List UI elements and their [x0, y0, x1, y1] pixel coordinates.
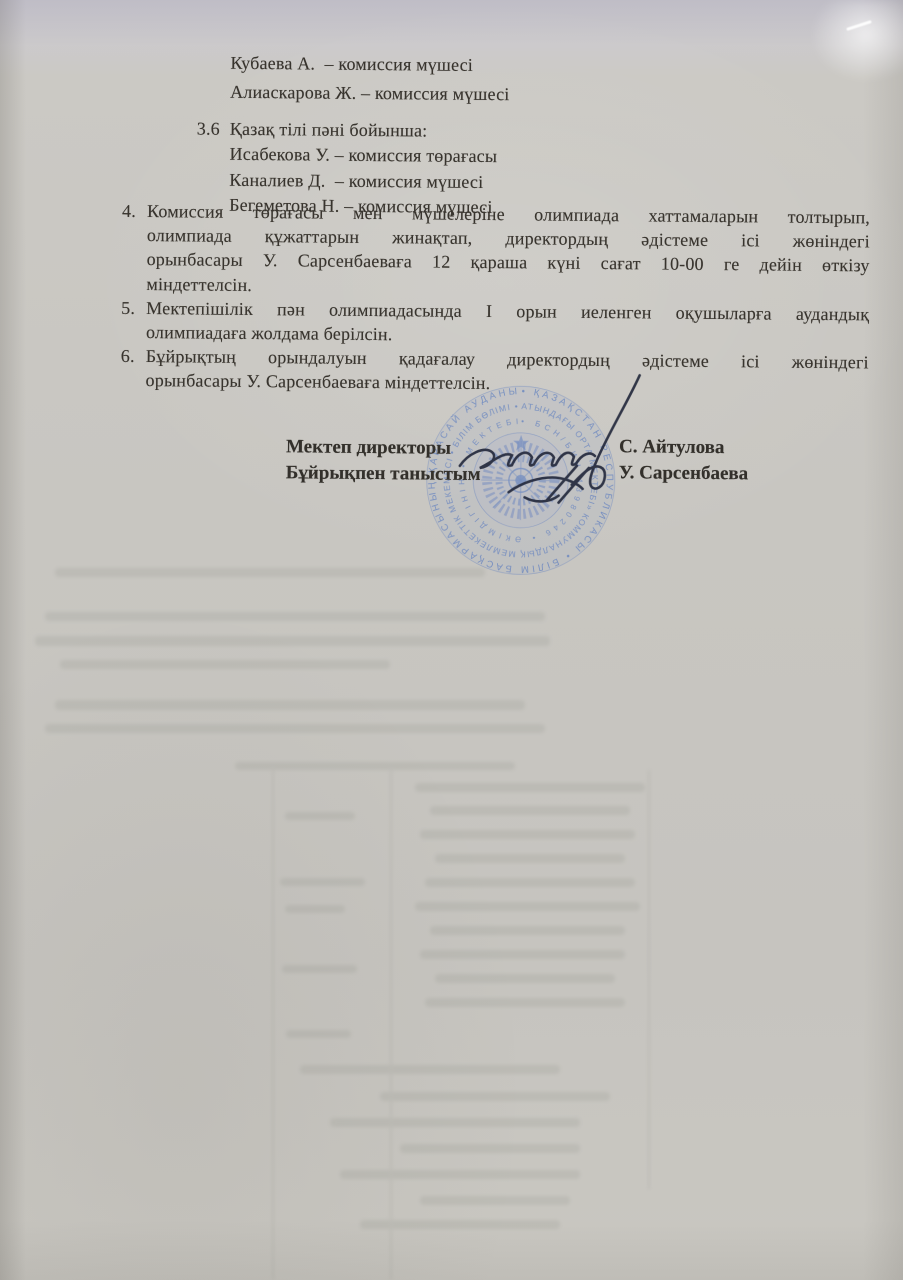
item-4: 4. Комиссия төрағасы мен мүшелеріне олим…	[121, 199, 870, 302]
section-heading: 3.6Қазақ тілі пәні бойынша:	[197, 116, 498, 144]
section-number: 3.6	[197, 116, 230, 142]
signature-names: С. Айтулова У. Сарсенбаева	[619, 434, 749, 487]
document-page: Кубаева А. – комиссия мүшесі Алиаскарова…	[0, 0, 903, 1280]
item-number: 5.	[121, 296, 135, 320]
signature-labels: Мектеп директоры Бұйрықпен таныстым	[286, 434, 481, 488]
section-title: Қазақ тілі пәні бойынша:	[230, 119, 428, 141]
list-item: Алиаскарова Ж. – комиссия мүшесі	[230, 78, 510, 109]
list-item: Исабекова У. – комиссия төрағасы	[196, 142, 497, 170]
item-number: 6.	[121, 344, 135, 368]
list-item: Каналиев Д. – комиссия мүшесі	[196, 167, 497, 195]
item-number: 4.	[122, 199, 136, 223]
director-name: С. Айтулова	[619, 434, 749, 461]
acknowledged-name: У. Сарсенбаева	[619, 460, 749, 487]
list-item: Кубаева А. – комиссия мүшесі	[230, 49, 510, 80]
photo-glare	[806, 0, 903, 86]
item-5: 5. Мектепішілік пән олимпиадасында І оры…	[121, 296, 869, 351]
director-label: Мектеп директоры	[286, 434, 481, 462]
acknowledged-label: Бұйрықпен таныстым	[286, 460, 481, 488]
commission-list-1: Кубаева А. – комиссия мүшесі Алиаскарова…	[230, 49, 510, 109]
